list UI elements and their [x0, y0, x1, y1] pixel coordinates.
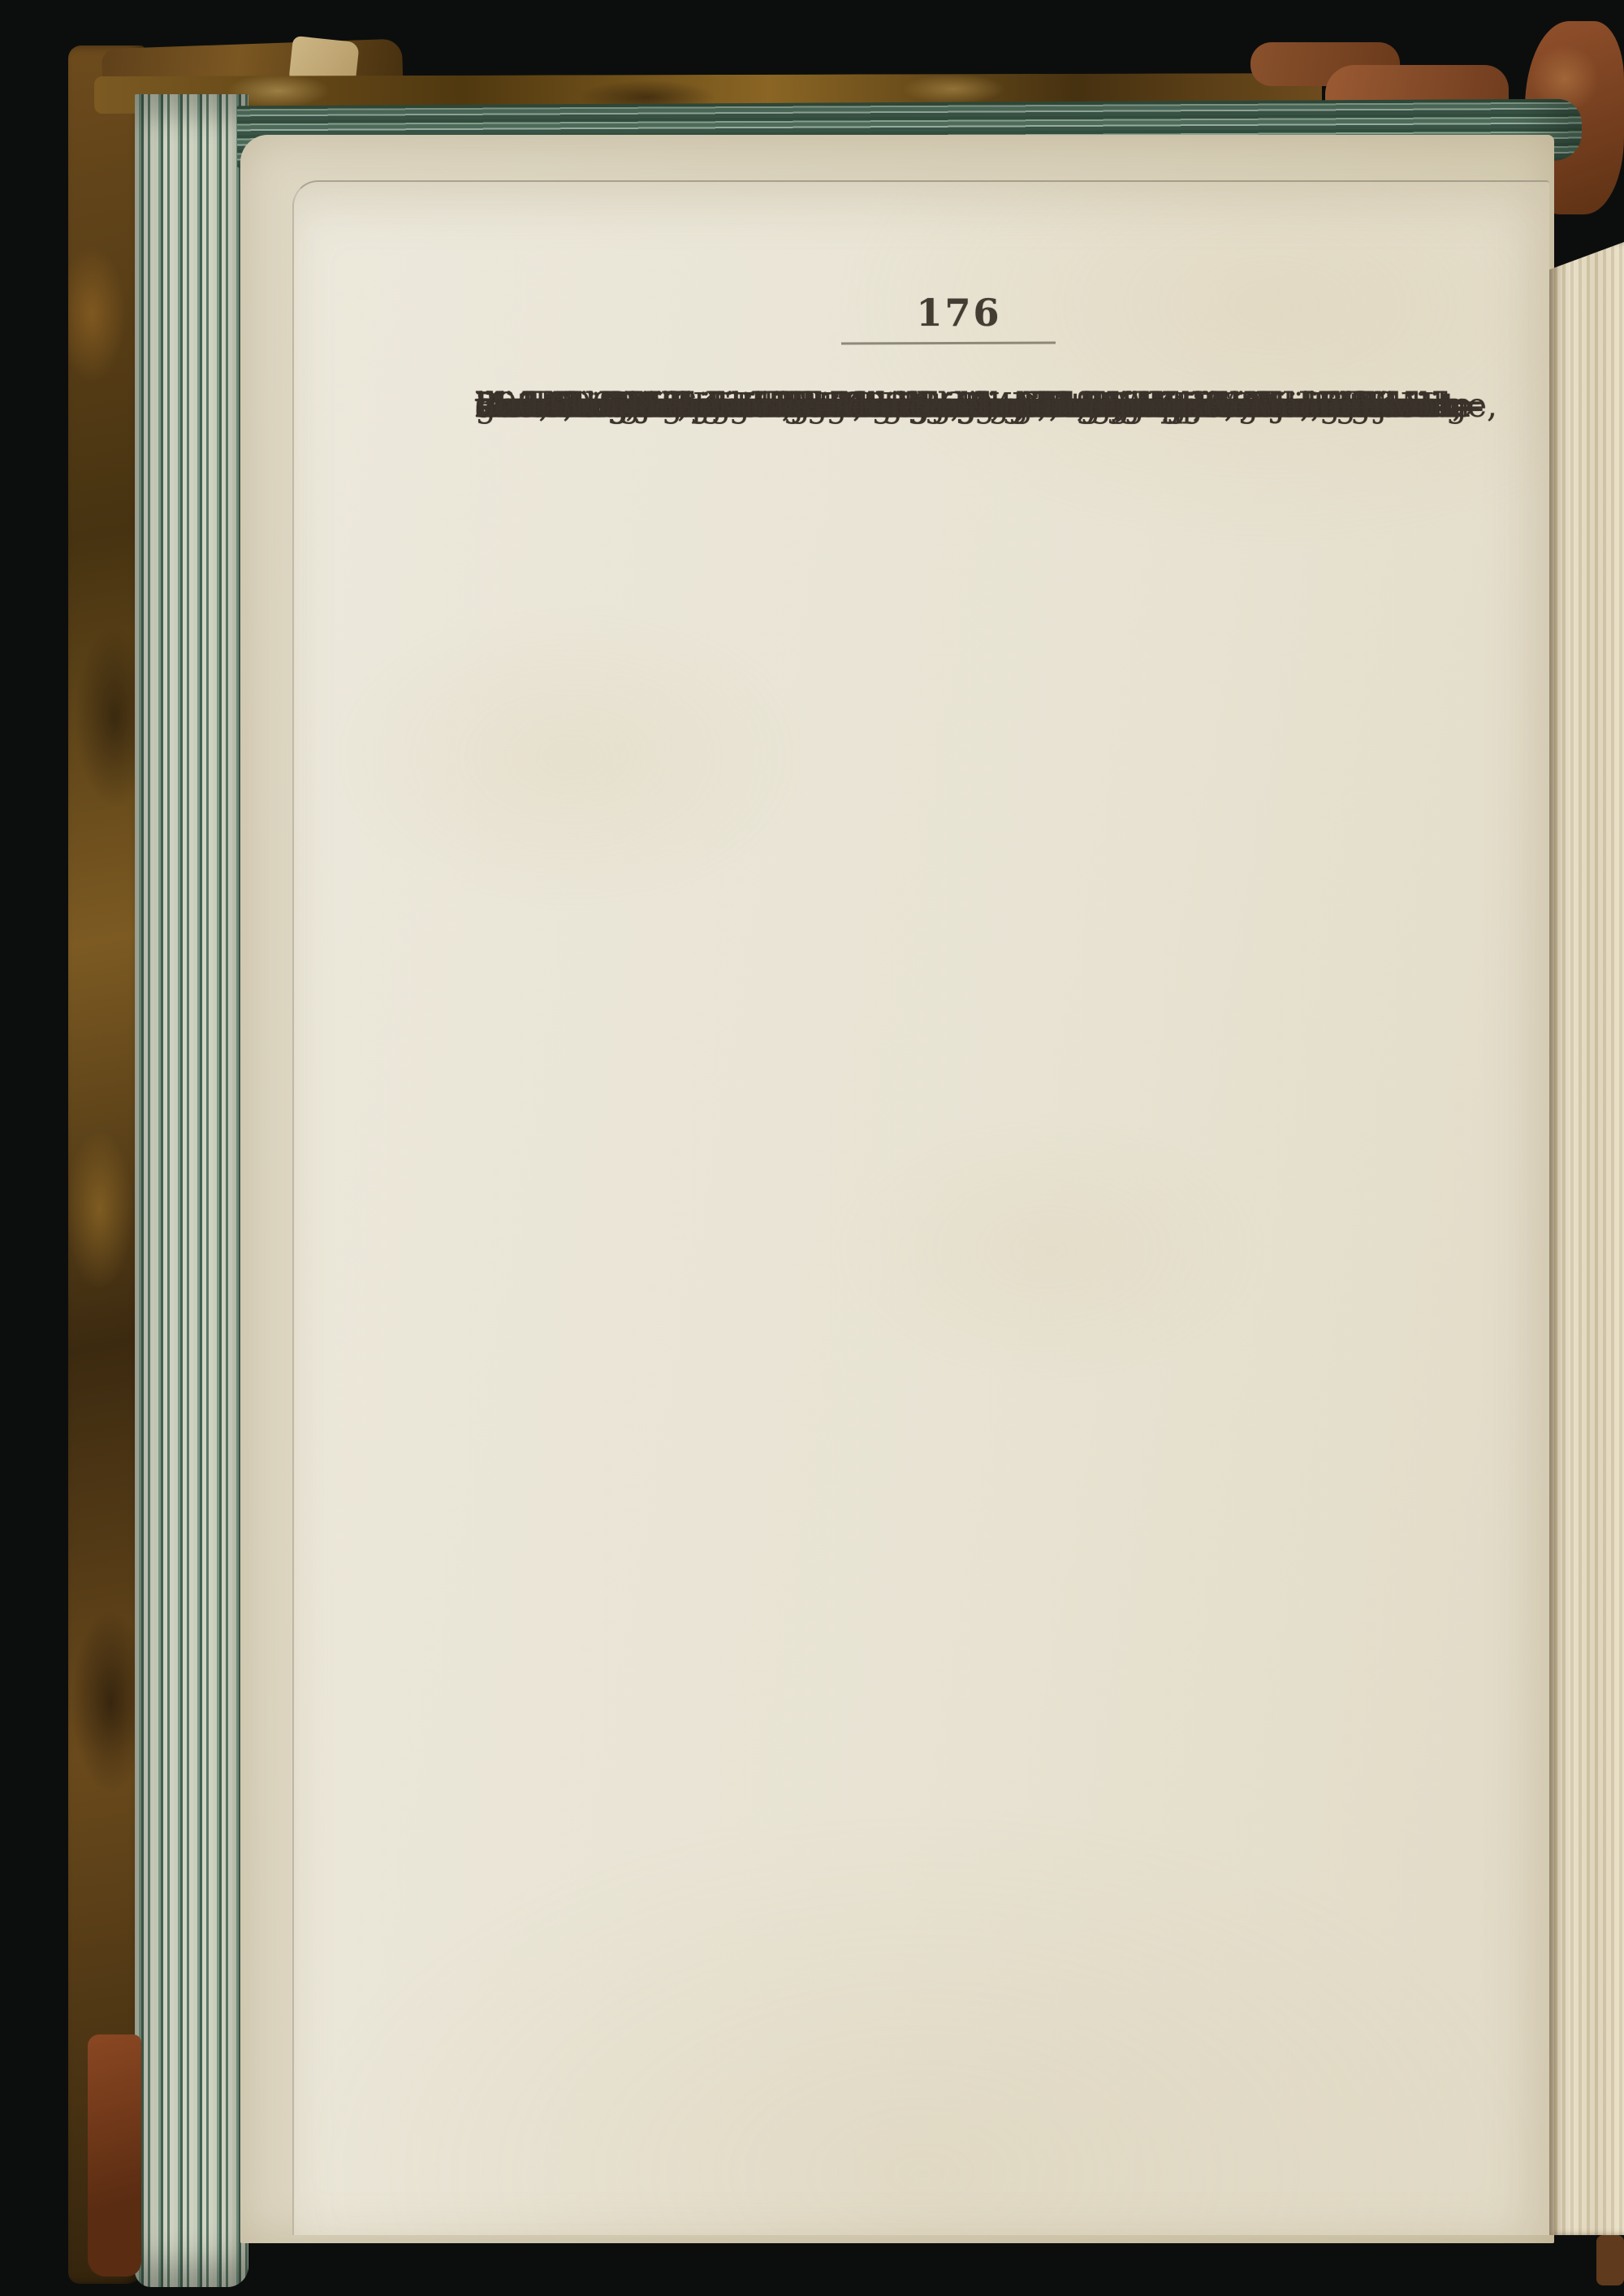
leather-bit-bottom-right: [1596, 2235, 1624, 2285]
page-number: 176: [475, 291, 1443, 335]
page-edges-left: [135, 94, 248, 2287]
book-page: [292, 180, 1549, 2235]
spine-patch-bottom-left: [88, 2034, 141, 2277]
text-line: 300,000 Thalern.: [475, 380, 765, 430]
book-page-photo: 176 lein in ihre verschlossene Stube, un…: [0, 0, 1624, 2296]
binding-gutter: [1549, 242, 1624, 2235]
